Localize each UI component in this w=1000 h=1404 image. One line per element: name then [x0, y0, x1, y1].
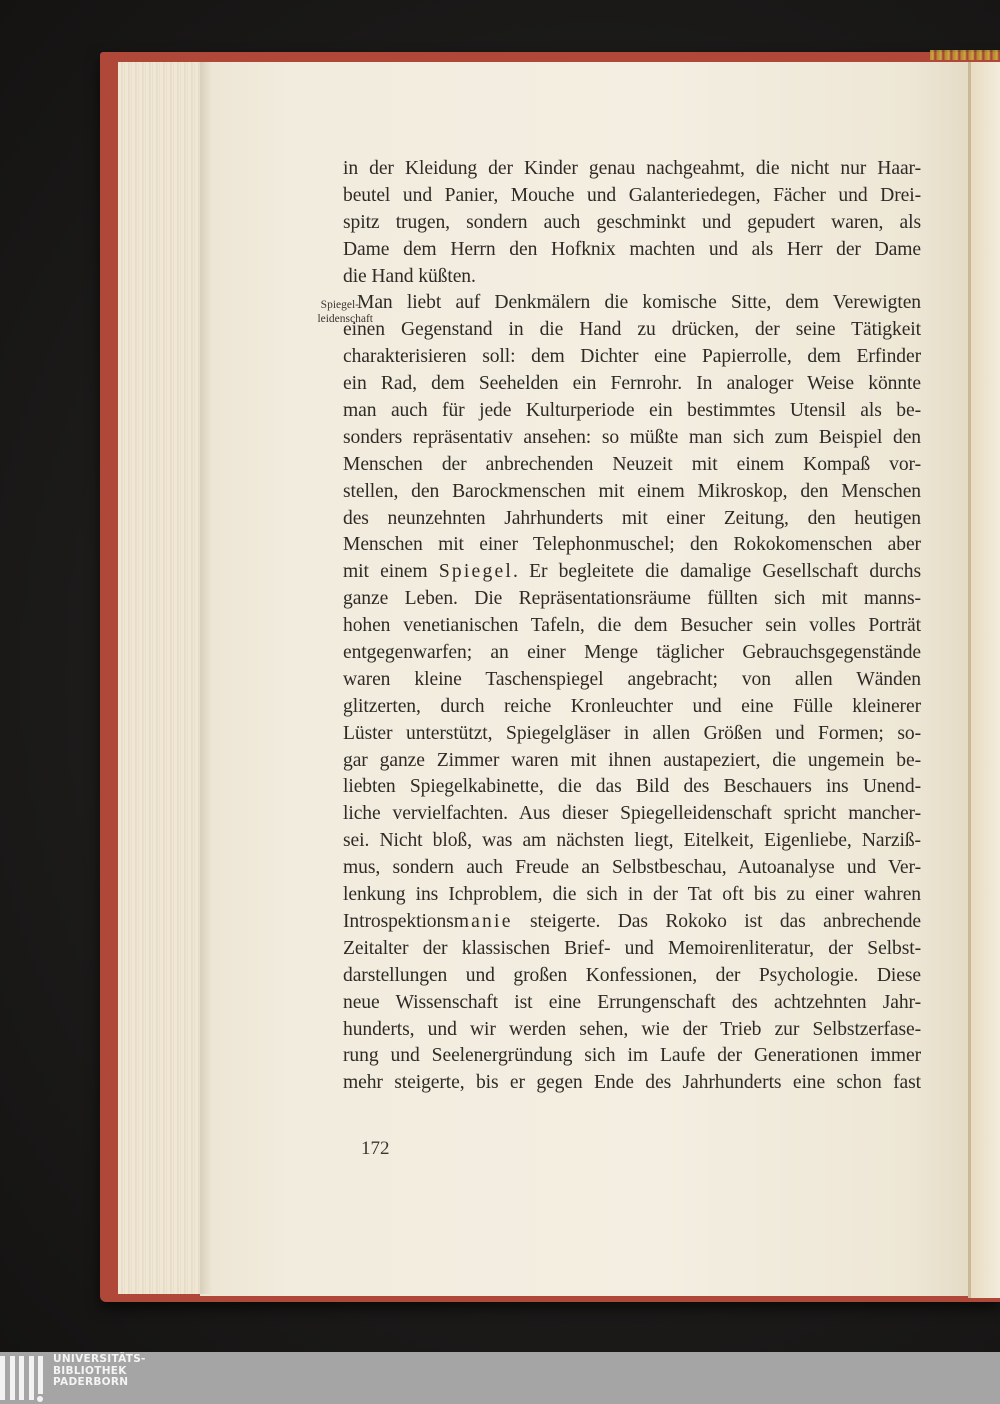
text-line: mus, sondern auch Freude an Selbstbescha… [343, 855, 921, 882]
logo-line: PADERBORN [53, 1377, 146, 1389]
logo-line: UNIVERSITÄTS- [53, 1354, 146, 1366]
text-line: charakterisieren soll: dem Dichter eine … [343, 344, 921, 371]
text-line: ein Rad, dem Seehelden ein Fernrohr. In … [343, 371, 921, 398]
text-line: beutel und Panier, Mouche und Galanterie… [343, 183, 921, 210]
text-line: glitzerten, durch reiche Kronleuchter un… [343, 694, 921, 721]
text-line: lenkung ins Ichproblem, die sich in der … [343, 882, 921, 909]
text-line: spitz trugen, sondern auch geschminkt un… [343, 210, 921, 237]
text-line: Zeitalter der klassischen Brief- und Mem… [343, 936, 921, 963]
text-line: die Hand küßten. [343, 264, 921, 291]
emphasized-word: manie [454, 911, 513, 932]
text-line: liebten Spiegelkabinette, die das Bild d… [343, 774, 921, 801]
text-line: neue Wissenschaft ist eine Errungenschaf… [343, 990, 921, 1017]
text-line: mehr steigerte, bis er gegen Ende des Ja… [343, 1070, 921, 1097]
page-shadow [200, 62, 212, 1294]
library-logo-dot-icon [37, 1396, 43, 1402]
text-line: waren kleine Taschenspiegel angebracht; … [343, 667, 921, 694]
text-line: rung und Seelenergründung sich im Laufe … [343, 1043, 921, 1070]
text-segment: mit einem [343, 561, 439, 582]
text-line: sei. Nicht bloß, was am nächsten liegt, … [343, 828, 921, 855]
text-line: in der Kleidung der Kinder genau nachgea… [343, 156, 921, 183]
text-line: hunderts, und wir werden sehen, wie der … [343, 1017, 921, 1044]
text-line: Man liebt auf Denkmälern die komische Si… [343, 290, 921, 317]
text-segment: steigerte. Das Rokoko ist das anbrechend… [513, 911, 921, 932]
text-line: Dame dem Herrn den Hofknix machten und a… [343, 237, 921, 264]
text-line: mit einem Spiegel. Er begleitete die dam… [343, 559, 921, 586]
text-line: hohen venetianischen Tafeln, die dem Bes… [343, 613, 921, 640]
text-line: einen Gegenstand in die Hand zu drücken,… [343, 317, 921, 344]
page-number: 172 [361, 1138, 390, 1160]
text-line: Menschen der anbrechenden Neuzeit mit ei… [343, 452, 921, 479]
emphasized-word: Spiegel [439, 561, 513, 582]
text-line: liche vervielfachten. Aus dieser Spiegel… [343, 801, 921, 828]
text-line: ganze Leben. Die Repräsentationsräume fü… [343, 586, 921, 613]
text-line: darstellungen und großen Konfessionen, d… [343, 963, 921, 990]
library-logo-text: UNIVERSITÄTS- BIBLIOTHEK PADERBORN [53, 1354, 146, 1389]
footer-band [0, 1352, 1000, 1404]
text-line: Menschen mit einer Telephonmuschel; den … [343, 532, 921, 559]
page-edges-stack [118, 62, 200, 1294]
text-line: gar ganze Zimmer waren mit ihnen austape… [343, 748, 921, 775]
body-text: in der Kleidung der Kinder genau nachgea… [343, 156, 921, 1097]
facing-page-edge [971, 62, 1000, 1298]
text-line: Introspektionsmanie steigerte. Das Rokok… [343, 909, 921, 936]
text-line: entgegenwarfen; an einer Menge täglicher… [343, 640, 921, 667]
text-line: des neunzehnten Jahrhunderts mit einer Z… [343, 506, 921, 533]
text-line: stellen, den Barockmenschen mit einem Mi… [343, 479, 921, 506]
text-line: man auch für jede Kulturperiode ein best… [343, 398, 921, 425]
text-segment: Introspektions [343, 911, 454, 932]
book-headband [930, 50, 1000, 60]
text-line: Lüster unterstützt, Spiegelgläser in all… [343, 721, 921, 748]
text-line: sonders repräsentativ ansehen: so müßte … [343, 425, 921, 452]
text-segment: . Er begleitete die damalige Gesellschaf… [513, 561, 921, 582]
